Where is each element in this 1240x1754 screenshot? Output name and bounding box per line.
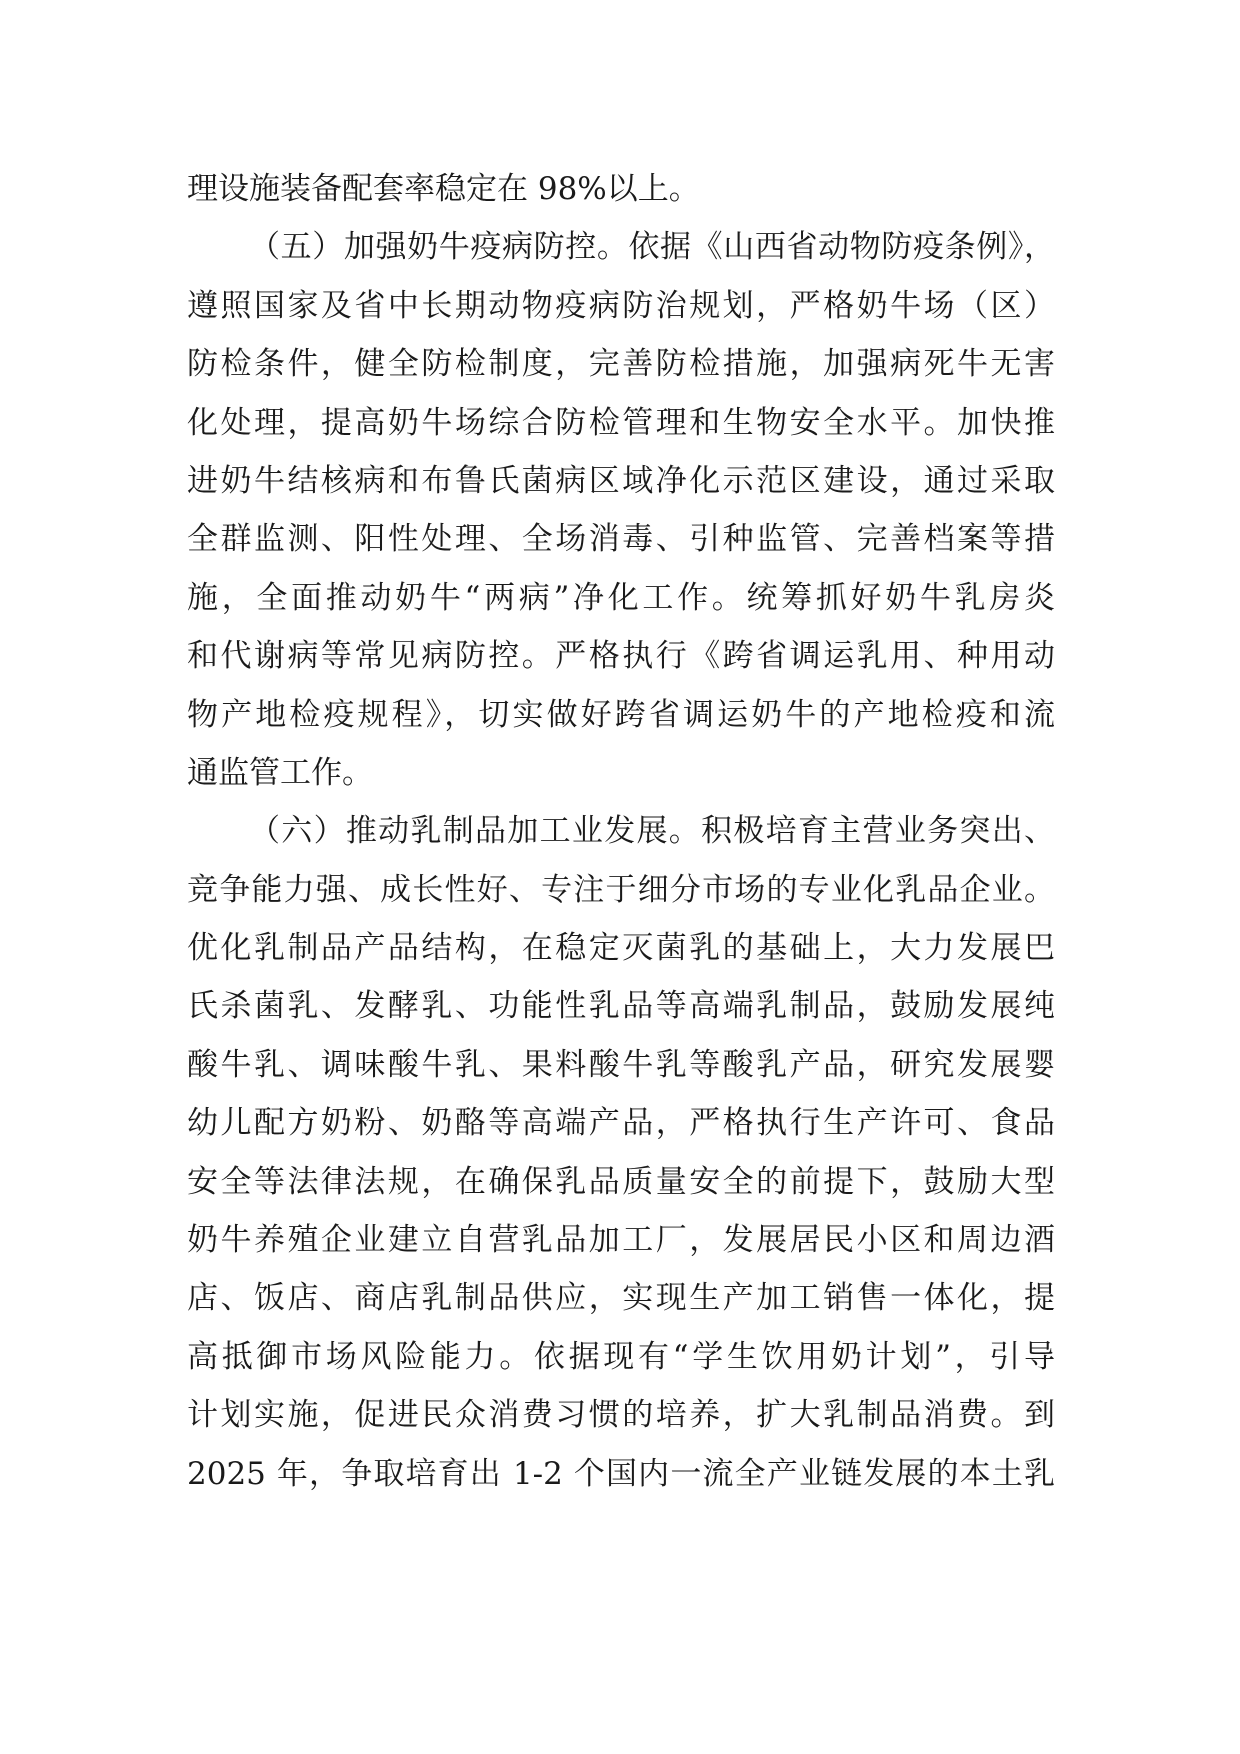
text-line: 和代谢病等常见病防控。严格执行《跨省调运乳用、种用动 xyxy=(187,627,1055,685)
text-line: 物产地检疫规程》，切实做好跨省调运奶牛的产地检疫和流 xyxy=(187,686,1055,744)
paragraph-section-6-dairy-processing: （六）推动乳制品加工业发展。积极培育主营业务突出、 竞争能力强、成长性好、专注于… xyxy=(187,802,1055,1503)
paragraph-section-5-disease-control: （五）加强奶牛疫病防控。依据《山西省动物防疫条例》， 遵照国家及省中长期动物疫病… xyxy=(187,218,1055,802)
text-line: 进奶牛结核病和布鲁氏菌病区域净化示范区建设，通过采取 xyxy=(187,452,1055,510)
section-heading-line: （六）推动乳制品加工业发展。积极培育主营业务突出、 xyxy=(187,802,1055,860)
text-line: 高抵御市场风险能力。依据现有“学生饮用奶计划”，引导 xyxy=(187,1328,1055,1386)
text-line: 竞争能力强、成长性好、专注于细分市场的专业化乳品企业。 xyxy=(187,861,1055,919)
text-line: 理设施装备配套率稳定在 98%以上。 xyxy=(187,160,1055,218)
text-line: 氏杀菌乳、发酵乳、功能性乳品等高端乳制品，鼓励发展纯 xyxy=(187,977,1055,1035)
text-line: 通监管工作。 xyxy=(187,744,1055,802)
text-line: 全群监测、阳性处理、全场消毒、引种监管、完善档案等措 xyxy=(187,510,1055,568)
text-line: 奶牛养殖企业建立自营乳品加工厂，发展居民小区和周边酒 xyxy=(187,1211,1055,1269)
text-line: 2025 年，争取培育出 1-2 个国内一流全产业链发展的本土乳 xyxy=(187,1445,1055,1503)
text-line: 计划实施，促进民众消费习惯的培养，扩大乳制品消费。到 xyxy=(187,1386,1055,1444)
text-line: 酸牛乳、调味酸牛乳、果料酸牛乳等酸乳产品，研究发展婴 xyxy=(187,1036,1055,1094)
text-line: 施，全面推动奶牛“两病”净化工作。统筹抓好奶牛乳房炎 xyxy=(187,569,1055,627)
document-body: 理设施装备配套率稳定在 98%以上。 （五）加强奶牛疫病防控。依据《山西省动物防… xyxy=(187,160,1055,1503)
text-line: 防检条件，健全防检制度，完善防检措施，加强病死牛无害 xyxy=(187,335,1055,393)
text-line: 化处理，提高奶牛场综合防检管理和生物安全水平。加快推 xyxy=(187,394,1055,452)
section-heading-line: （五）加强奶牛疫病防控。依据《山西省动物防疫条例》， xyxy=(187,218,1055,276)
text-line: 店、饭店、商店乳制品供应，实现生产加工销售一体化，提 xyxy=(187,1269,1055,1327)
text-line: 安全等法律法规，在确保乳品质量安全的前提下，鼓励大型 xyxy=(187,1153,1055,1211)
paragraph-continued: 理设施装备配套率稳定在 98%以上。 xyxy=(187,160,1055,218)
text-line: 优化乳制品产品结构，在稳定灭菌乳的基础上，大力发展巴 xyxy=(187,919,1055,977)
document-page: 理设施装备配套率稳定在 98%以上。 （五）加强奶牛疫病防控。依据《山西省动物防… xyxy=(0,0,1240,1754)
text-line: 遵照国家及省中长期动物疫病防治规划，严格奶牛场（区） xyxy=(187,277,1055,335)
text-line: 幼儿配方奶粉、奶酪等高端产品，严格执行生产许可、食品 xyxy=(187,1094,1055,1152)
